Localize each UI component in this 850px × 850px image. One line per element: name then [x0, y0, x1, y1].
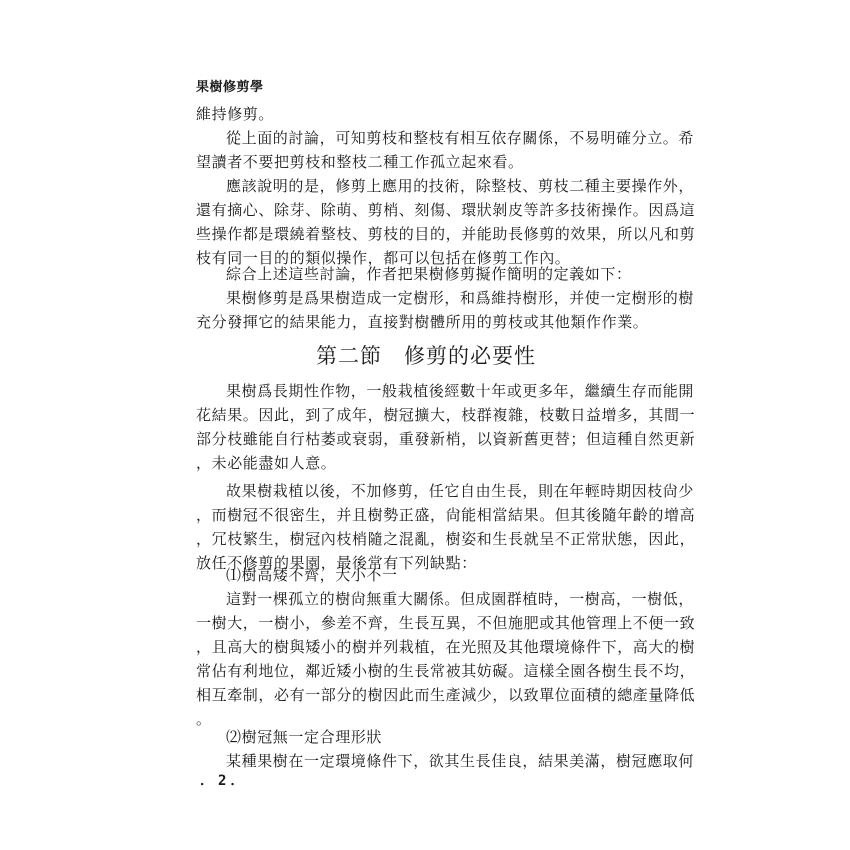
text-line: 維持修剪。	[196, 104, 656, 124]
text-line: ⑴樹高矮不齊，大小不一	[196, 565, 656, 585]
text-line: ，未必能盡如人意。	[196, 453, 656, 473]
text-line: 綜合上述這些討論，作者把果樹修剪擬作簡明的定義如下：	[196, 264, 656, 284]
text-line: 花結果。因此，到了成年，樹冠擴大，枝群複雜，枝數日益增多，其間一	[196, 405, 656, 425]
text-line: 還有摘心、除芽、除萌、剪梢、刻傷、環狀剝皮等許多技術操作。因爲這	[196, 200, 656, 220]
text-line: 常佔有利地位，鄰近矮小樹的生長常被其妨礙。這樣全園各樹生長不均，	[196, 661, 656, 681]
text-line: 相互牽制，必有一部分的樹因此而生產減少，以致單位面積的總產量降低	[196, 685, 656, 705]
text-line: 某種果樹在一定環境條件下，欲其生長佳良，結果美滿，樹冠應取何	[196, 751, 656, 771]
text-line: 這對一棵孤立的樹尙無重大關係。但成園群植時，一樹高，一樹低，	[196, 589, 656, 609]
text-line: 充分發揮它的結果能力，直接對樹體所用的剪枝或其他類作作業。	[196, 312, 656, 332]
text-line: 。	[196, 709, 656, 729]
text-line: 一樹大，一樹小，參差不齊，生長互異，不但施肥或其他管理上不便一致	[196, 613, 656, 633]
text-line: ⑵樹冠無一定合理形狀	[196, 727, 656, 747]
page-number: ．2．	[200, 770, 248, 790]
section-title: 第二節 修剪的必要性	[196, 340, 656, 370]
running-head: 果樹修剪學	[196, 76, 264, 95]
text-line: ，且高大的樹與矮小的樹并列栽植，在光照及其他環境條件下，高大的樹	[196, 637, 656, 657]
text-line: 果樹修剪是爲果樹造成一定樹形，和爲維持樹形，并使一定樹形的樹	[196, 288, 656, 308]
text-line: 些操作都是環繞着整枝、剪枝的目的，并能助長修剪的效果，所以凡和剪	[196, 224, 656, 244]
text-line: 應該說明的是，修剪上應用的技術，除整枝、剪枝二種主要操作外，	[196, 176, 656, 196]
text-line: 部分枝雖能自行枯萎或衰弱，重發新梢，以資新舊更替；但這種自然更新	[196, 429, 656, 449]
text-line: 從上面的討論，可知剪枝和整枝有相互依存關係，不易明確分立。希	[196, 128, 656, 148]
book-page: 果樹修剪學 維持修剪。從上面的討論，可知剪枝和整枝有相互依存關係，不易明確分立。…	[196, 0, 656, 850]
text-line: ，而樹冠不很密生，并且樹勢正盛，尙能相當結果。但其後隨年齡的增高	[196, 505, 656, 525]
text-line: 果樹爲長期性作物，一般栽植後經數十年或更多年，繼續生存而能開	[196, 381, 656, 401]
text-line: 望讀者不要把剪枝和整枝二種工作孤立起來看。	[196, 152, 656, 172]
text-line: ，冗枝繁生，樹冠內枝梢隨之混亂，樹姿和生長就呈不正常狀態，因此，	[196, 529, 656, 549]
text-line: 故果樹栽植以後，不加修剪，任它自由生長，則在年輕時期因枝尙少	[196, 481, 656, 501]
